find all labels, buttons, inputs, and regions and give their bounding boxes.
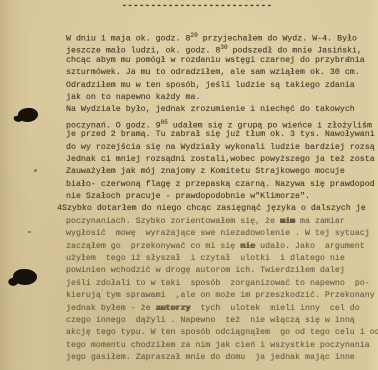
text-line: wygłosić mowę wyrażające swe niezadowole…: [66, 228, 378, 240]
text-line: jednak byłem - że autorzy tych ulotek mi…: [66, 303, 378, 315]
text-line: nie Szałoch pracuje - prawdopodobnie w"K…: [66, 191, 378, 203]
text-line: 4Szybko dotarłem do niego chcąc zasięgną…: [57, 203, 378, 215]
text-line: Odradziłem mu w ten sposób, jeśli ludzie…: [66, 80, 378, 92]
text-line: jak on to napewno każdy ma.: [66, 92, 378, 104]
text-line: poczynaniach. Szybko zorientowałem się, …: [66, 216, 378, 228]
ink-blot-top: [17, 106, 39, 123]
text-line: szturmówek. Ja mu to odradziłem, ale sam…: [66, 67, 378, 79]
text-line: jego gasiłem. Zapraszał mnie do domu ja …: [66, 352, 378, 364]
text-line: powinien wchodzić w drogę autorom ich. T…: [66, 265, 378, 277]
text-line: Jednak ci mniej rozsądni zostali,wobec p…: [66, 154, 378, 166]
text-line: użyłem tego iż słyszał i czytał ulotki i…: [66, 253, 378, 265]
paper-speck: [348, 56, 350, 58]
text-line: poczynań. O godz. 905 udałem się z grupą…: [66, 117, 378, 129]
text-line: akcję tego typu. W ten sposób odciągnąłe…: [66, 327, 378, 339]
text-line: jeśli zdołali to w taki sposób zorganizo…: [66, 278, 378, 290]
text-line: zacząłem go przekonywać co mi się nie ud…: [66, 241, 378, 253]
paper-speck: [34, 169, 37, 172]
text-line: je przed 2 bramą. Tu zabrał się już tłum…: [66, 129, 378, 141]
text-line: do wy rozejścia się na Wydziały wykonali…: [66, 142, 378, 154]
title-underline: --------------------------: [16, 2, 378, 11]
text-line: biało- czerwoną flagę z przepaską czarną…: [66, 179, 378, 191]
scanned-typewritten-page: D O N I E S I E N I E ------------------…: [0, 0, 378, 370]
text-line: tego momentu chodziłem za nim jak cień i…: [66, 340, 378, 352]
text-line: W dniu 1 maja ok. godz. 820 przyjechałem…: [66, 30, 378, 42]
text-line: chcąc abym mu pomógł w rozdaniu wstęgi c…: [66, 55, 378, 67]
body-text: W dniu 1 maja ok. godz. 820 przyjechałem…: [66, 30, 378, 365]
text-line: Zauważyłem jak mój znajomy z Komitetu St…: [66, 166, 378, 178]
text-line: kierują tym sprawami ,ale on może im prz…: [66, 290, 378, 302]
paper-speck: [28, 231, 31, 233]
text-line: czego innego dążyli . Napewno też nie wł…: [66, 315, 378, 327]
text-line: Na Wydziale było, jednak zrozumienie i n…: [66, 104, 378, 116]
ink-blot-bottom: [12, 268, 38, 286]
document-header: D O N I E S I E N I E ------------------…: [0, 0, 378, 11]
text-line: jeszcze mało ludzi, ok. godz. 830 podsze…: [66, 42, 378, 54]
